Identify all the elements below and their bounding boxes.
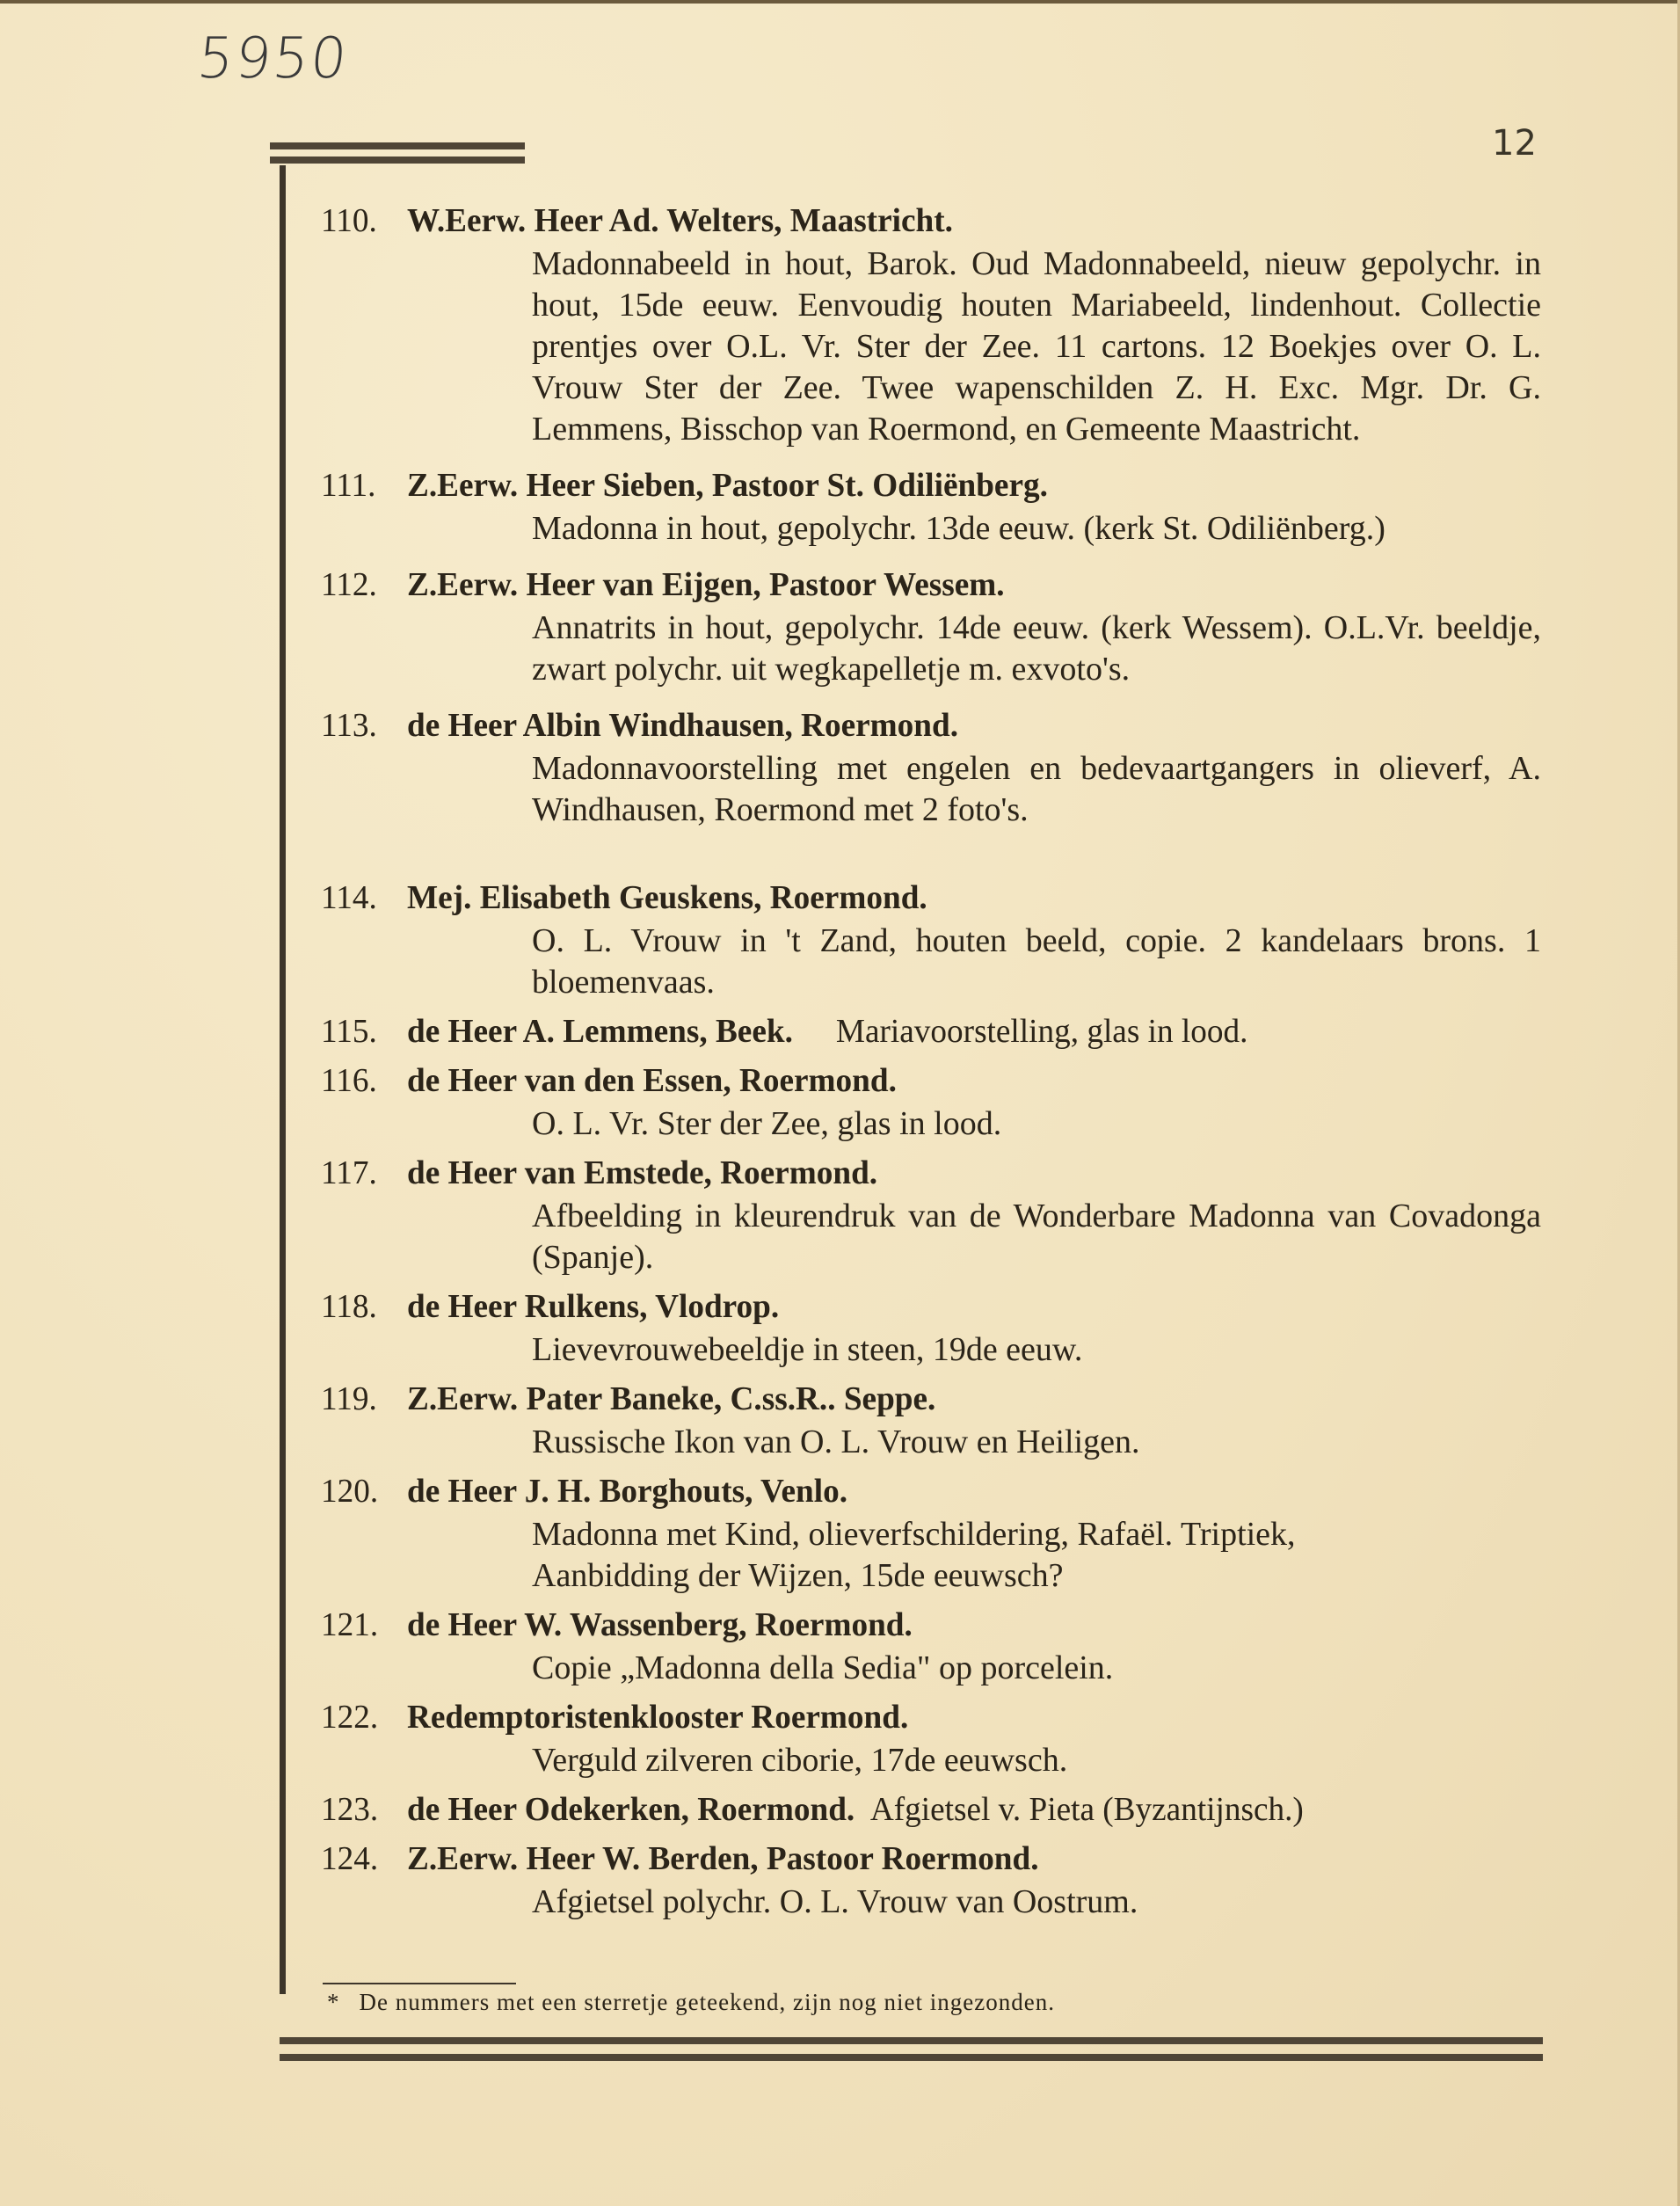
entry-description: Verguld zilveren ciborie, 17de eeuwsch. (532, 1740, 1541, 1781)
entry-list: 110.W.Eerw. Heer Ad. Welters, Maastricht… (321, 198, 1543, 1923)
entry-122: 122.Redemptoristenklooster Roermond. Ver… (321, 1694, 1543, 1781)
entry-number: 110. (321, 198, 407, 244)
entry-description: O. L. Vrouw in 't Zand, houten beeld, co… (532, 921, 1541, 1003)
entry-number: 115. (321, 1008, 407, 1054)
entry-description: Madonnabeeld in hout, Barok. Oud Madonna… (532, 244, 1541, 450)
lender-name: Z.Eerw. Heer Sieben, Pastoor St. Odiliën… (407, 467, 1048, 504)
lender-name: de Heer A. Lemmens, Beek. (407, 1013, 793, 1050)
entry-121: 121.de Heer W. Wassenberg, Roermond. Cop… (321, 1602, 1543, 1689)
handwritten-catalog-number: 5950 (194, 26, 352, 91)
entry-description: O. L. Vr. Ster der Zee, glas in lood. (532, 1103, 1541, 1145)
lender-name: Z.Eerw. Heer van Eijgen, Pastoor Wessem. (407, 566, 1005, 603)
entry-115: 115.de Heer A. Lemmens, Beek.Mariavoorst… (321, 1008, 1543, 1054)
page-top-edge (0, 0, 1680, 4)
entry-description: Madonnavoorstelling met engelen en bedev… (532, 748, 1541, 831)
entry-description: Afbeelding in kleurendruk van de Wonderb… (532, 1196, 1541, 1278)
lender-name: de Heer W. Wassenberg, Roermond. (407, 1606, 913, 1643)
entry-description: Madonna met Kind, olieverfschildering, R… (532, 1514, 1393, 1597)
entry-110: 110.W.Eerw. Heer Ad. Welters, Maastricht… (321, 198, 1543, 450)
left-border-rule (280, 165, 286, 1994)
entry-112: 112.Z.Eerw. Heer van Eijgen, Pastoor Wes… (321, 562, 1543, 690)
entry-number: 123. (321, 1787, 407, 1832)
entry-111: 111.Z.Eerw. Heer Sieben, Pastoor St. Odi… (321, 462, 1543, 550)
bottom-rule-upper (280, 2037, 1543, 2044)
entry-124: 124.Z.Eerw. Heer W. Berden, Pastoor Roer… (321, 1836, 1543, 1923)
lender-name: de Heer J. H. Borghouts, Venlo. (407, 1473, 847, 1510)
footnote-asterisk: * (327, 1989, 340, 2015)
entry-inline-description: Afgietsel v. Pieta (Byzantijnsch.) (870, 1791, 1304, 1828)
page-number: 12 (1492, 123, 1537, 164)
entry-description: Russische Ikon van O. L. Vrouw en Heilig… (532, 1422, 1541, 1463)
entry-number: 113. (321, 703, 407, 748)
entry-116: 116.de Heer van den Essen, Roermond. O. … (321, 1058, 1543, 1145)
entry-117: 117.de Heer van Emstede, Roermond. Afbee… (321, 1150, 1543, 1278)
entry-description: Afgietsel polychr. O. L. Vrouw van Oostr… (532, 1882, 1541, 1923)
lender-name: Z.Eerw. Pater Baneke, C.ss.R.. Seppe. (407, 1380, 935, 1417)
lender-name: Mej. Elisabeth Geuskens, Roermond. (407, 879, 927, 916)
lender-name: de Heer van Emstede, Roermond. (407, 1154, 877, 1191)
entry-number: 114. (321, 875, 407, 921)
entry-number: 124. (321, 1836, 407, 1882)
lender-name: W.Eerw. Heer Ad. Welters, Maastricht. (407, 202, 953, 239)
entry-number: 121. (321, 1602, 407, 1648)
footnote-separator (323, 1983, 516, 1984)
entry-123: 123.de Heer Odekerken, Roermond.Afgietse… (321, 1787, 1543, 1832)
entry-number: 120. (321, 1468, 407, 1514)
top-rule-lower (270, 157, 525, 164)
lender-name: Redemptoristenklooster Roermond. (407, 1699, 908, 1736)
entry-number: 122. (321, 1694, 407, 1740)
entry-description: Lievevrouwebeeldje in steen, 19de eeuw. (532, 1329, 1541, 1371)
entry-description: Copie „Madonna della Sedia" op porcelein… (532, 1648, 1541, 1689)
footnote-text: De nummers met een sterretje geteekend, … (360, 1989, 1055, 2015)
lender-name: Z.Eerw. Heer W. Berden, Pastoor Roermond… (407, 1840, 1039, 1877)
entry-118: 118.de Heer Rulkens, Vlodrop. Lievevrouw… (321, 1284, 1543, 1371)
entry-120: 120.de Heer J. H. Borghouts, Venlo. Mado… (321, 1468, 1543, 1597)
entry-number: 111. (321, 462, 407, 508)
lender-name: de Heer van den Essen, Roermond. (407, 1062, 897, 1099)
entry-number: 117. (321, 1150, 407, 1196)
entry-number: 116. (321, 1058, 407, 1103)
lender-name: de Heer Odekerken, Roermond. (407, 1791, 855, 1828)
entry-number: 119. (321, 1376, 407, 1422)
top-rule-upper (270, 142, 525, 149)
entry-number: 118. (321, 1284, 407, 1329)
lender-name: de Heer Rulkens, Vlodrop. (407, 1288, 779, 1325)
lender-name: de Heer Albin Windhausen, Roermond. (407, 707, 958, 744)
entry-description: Madonna in hout, gepolychr. 13de eeuw. (… (532, 508, 1541, 550)
entry-number: 112. (321, 562, 407, 608)
entry-inline-description: Mariavoorstelling, glas in lood. (836, 1013, 1248, 1050)
footnote: *De nummers met een sterretje geteekend,… (327, 1989, 1055, 2016)
entry-114: 114.Mej. Elisabeth Geuskens, Roermond. O… (321, 875, 1543, 1003)
entry-119: 119.Z.Eerw. Pater Baneke, C.ss.R.. Seppe… (321, 1376, 1543, 1463)
bottom-rule-lower (280, 2054, 1543, 2061)
entry-113: 113.de Heer Albin Windhausen, Roermond. … (321, 703, 1543, 831)
entry-description: Annatrits in hout, gepolychr. 14de eeuw.… (532, 608, 1541, 690)
